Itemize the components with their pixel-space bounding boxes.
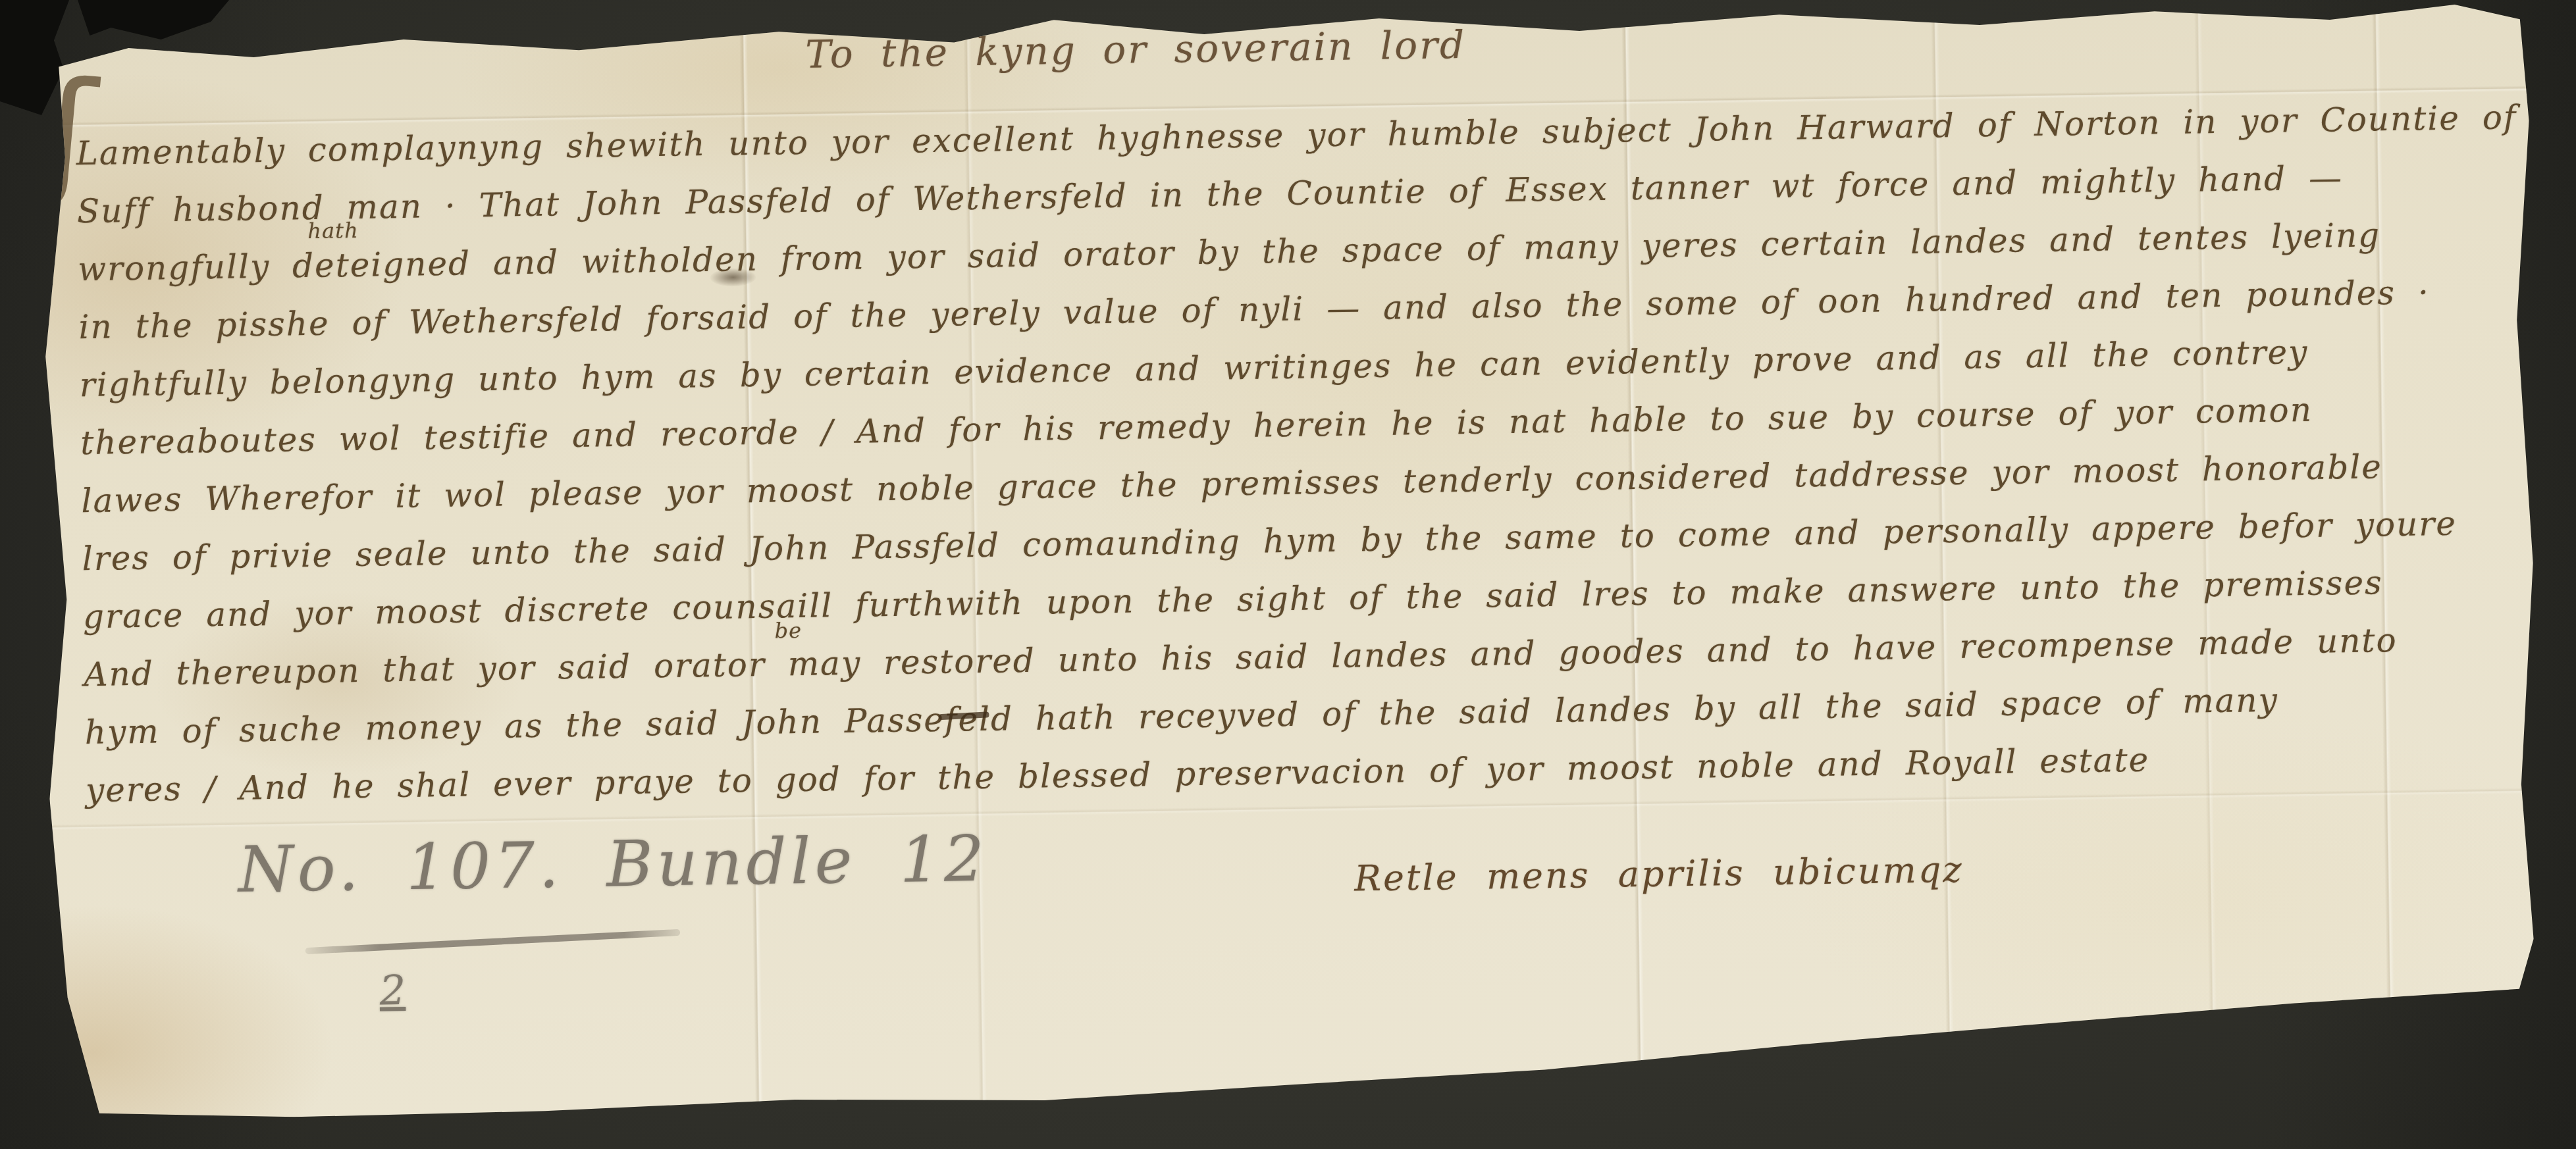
document-heading: To the kyng or soverain lord <box>805 22 1467 77</box>
pencil-sub-number: 2 <box>379 966 406 1015</box>
torn-fragment-top-left <box>0 0 69 115</box>
interlineation-be: be <box>774 618 802 644</box>
torn-fragment-top <box>78 0 229 39</box>
photo-backdrop: To the kyng or soverain lord ʃ Lamentabl… <box>0 0 2576 1149</box>
latin-endorsement: Retle mens aprilis ubicumqz <box>1354 849 1964 900</box>
pencil-item-number: No. 107. <box>238 828 563 906</box>
pencil-bundle-number: Bundle 12 <box>606 822 988 902</box>
manuscript-paper: To the kyng or soverain lord ʃ Lamentabl… <box>28 0 2546 1131</box>
pencil-underline <box>305 929 681 954</box>
pencil-archival-note: No. 107. Bundle 12 <box>238 822 989 907</box>
interlineation-hath: hath <box>307 218 359 243</box>
